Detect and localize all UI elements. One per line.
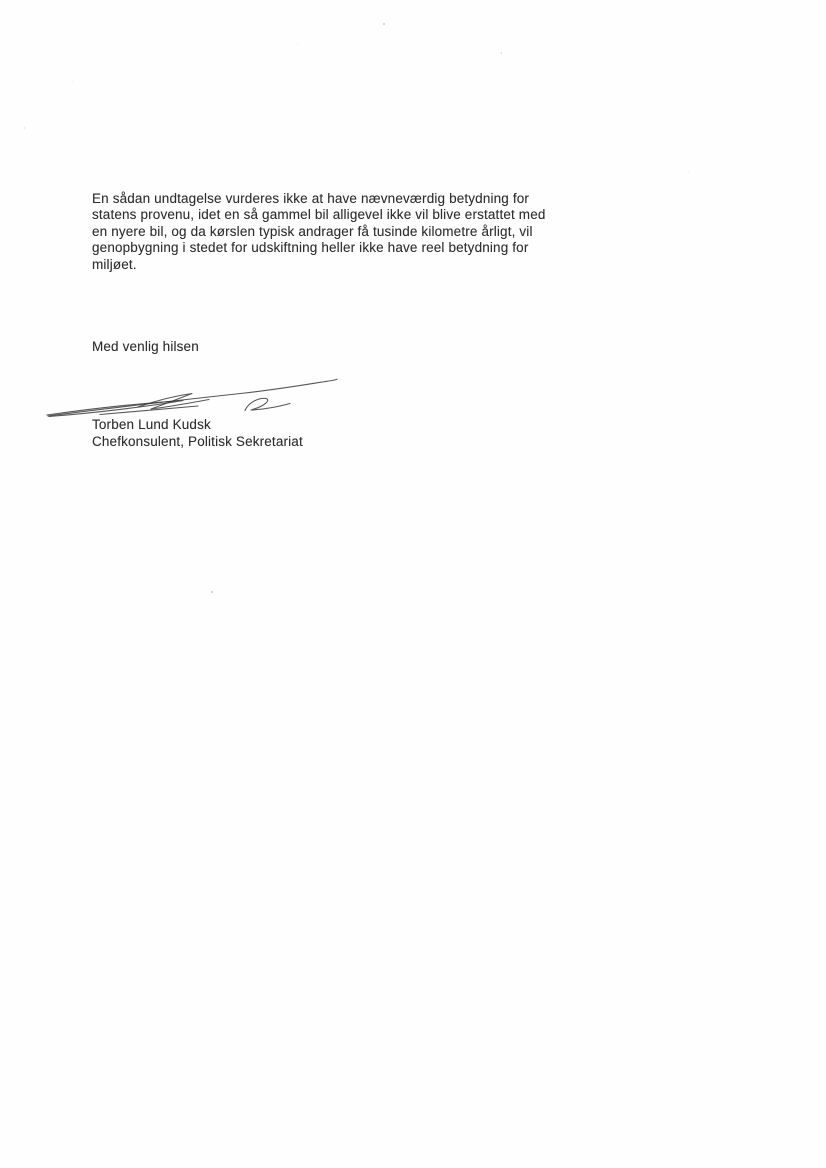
paragraph-line: statens provenu, idet en så gammel bil a… — [92, 207, 602, 223]
scan-speck — [211, 591, 213, 593]
letter-paragraph: En sådan undtagelse vurderes ikke at hav… — [92, 191, 602, 273]
scan-speck — [297, 43, 298, 44]
scan-speck — [72, 81, 73, 82]
paragraph-line: en nyere bil, og da kørslen typisk andra… — [92, 224, 602, 240]
closing-salutation: Med venlig hilsen — [92, 339, 199, 355]
scan-speck — [24, 127, 25, 129]
scan-speck — [688, 172, 689, 173]
paragraph-line: En sådan undtagelse vurderes ikke at hav… — [92, 191, 602, 207]
signer-block: Torben Lund Kudsk Chefkonsulent, Politis… — [92, 417, 303, 450]
paragraph-line: miljøet. — [92, 257, 602, 273]
scan-speck — [383, 23, 385, 25]
signer-name: Torben Lund Kudsk — [92, 417, 303, 434]
scan-speck — [501, 52, 502, 54]
scanned-letter-page: En sådan undtagelse vurderes ikke at hav… — [0, 0, 826, 1168]
paragraph-line: genopbygning i stedet for udskiftning he… — [92, 240, 602, 256]
signer-title: Chefkonsulent, Politisk Sekretariat — [92, 434, 303, 451]
